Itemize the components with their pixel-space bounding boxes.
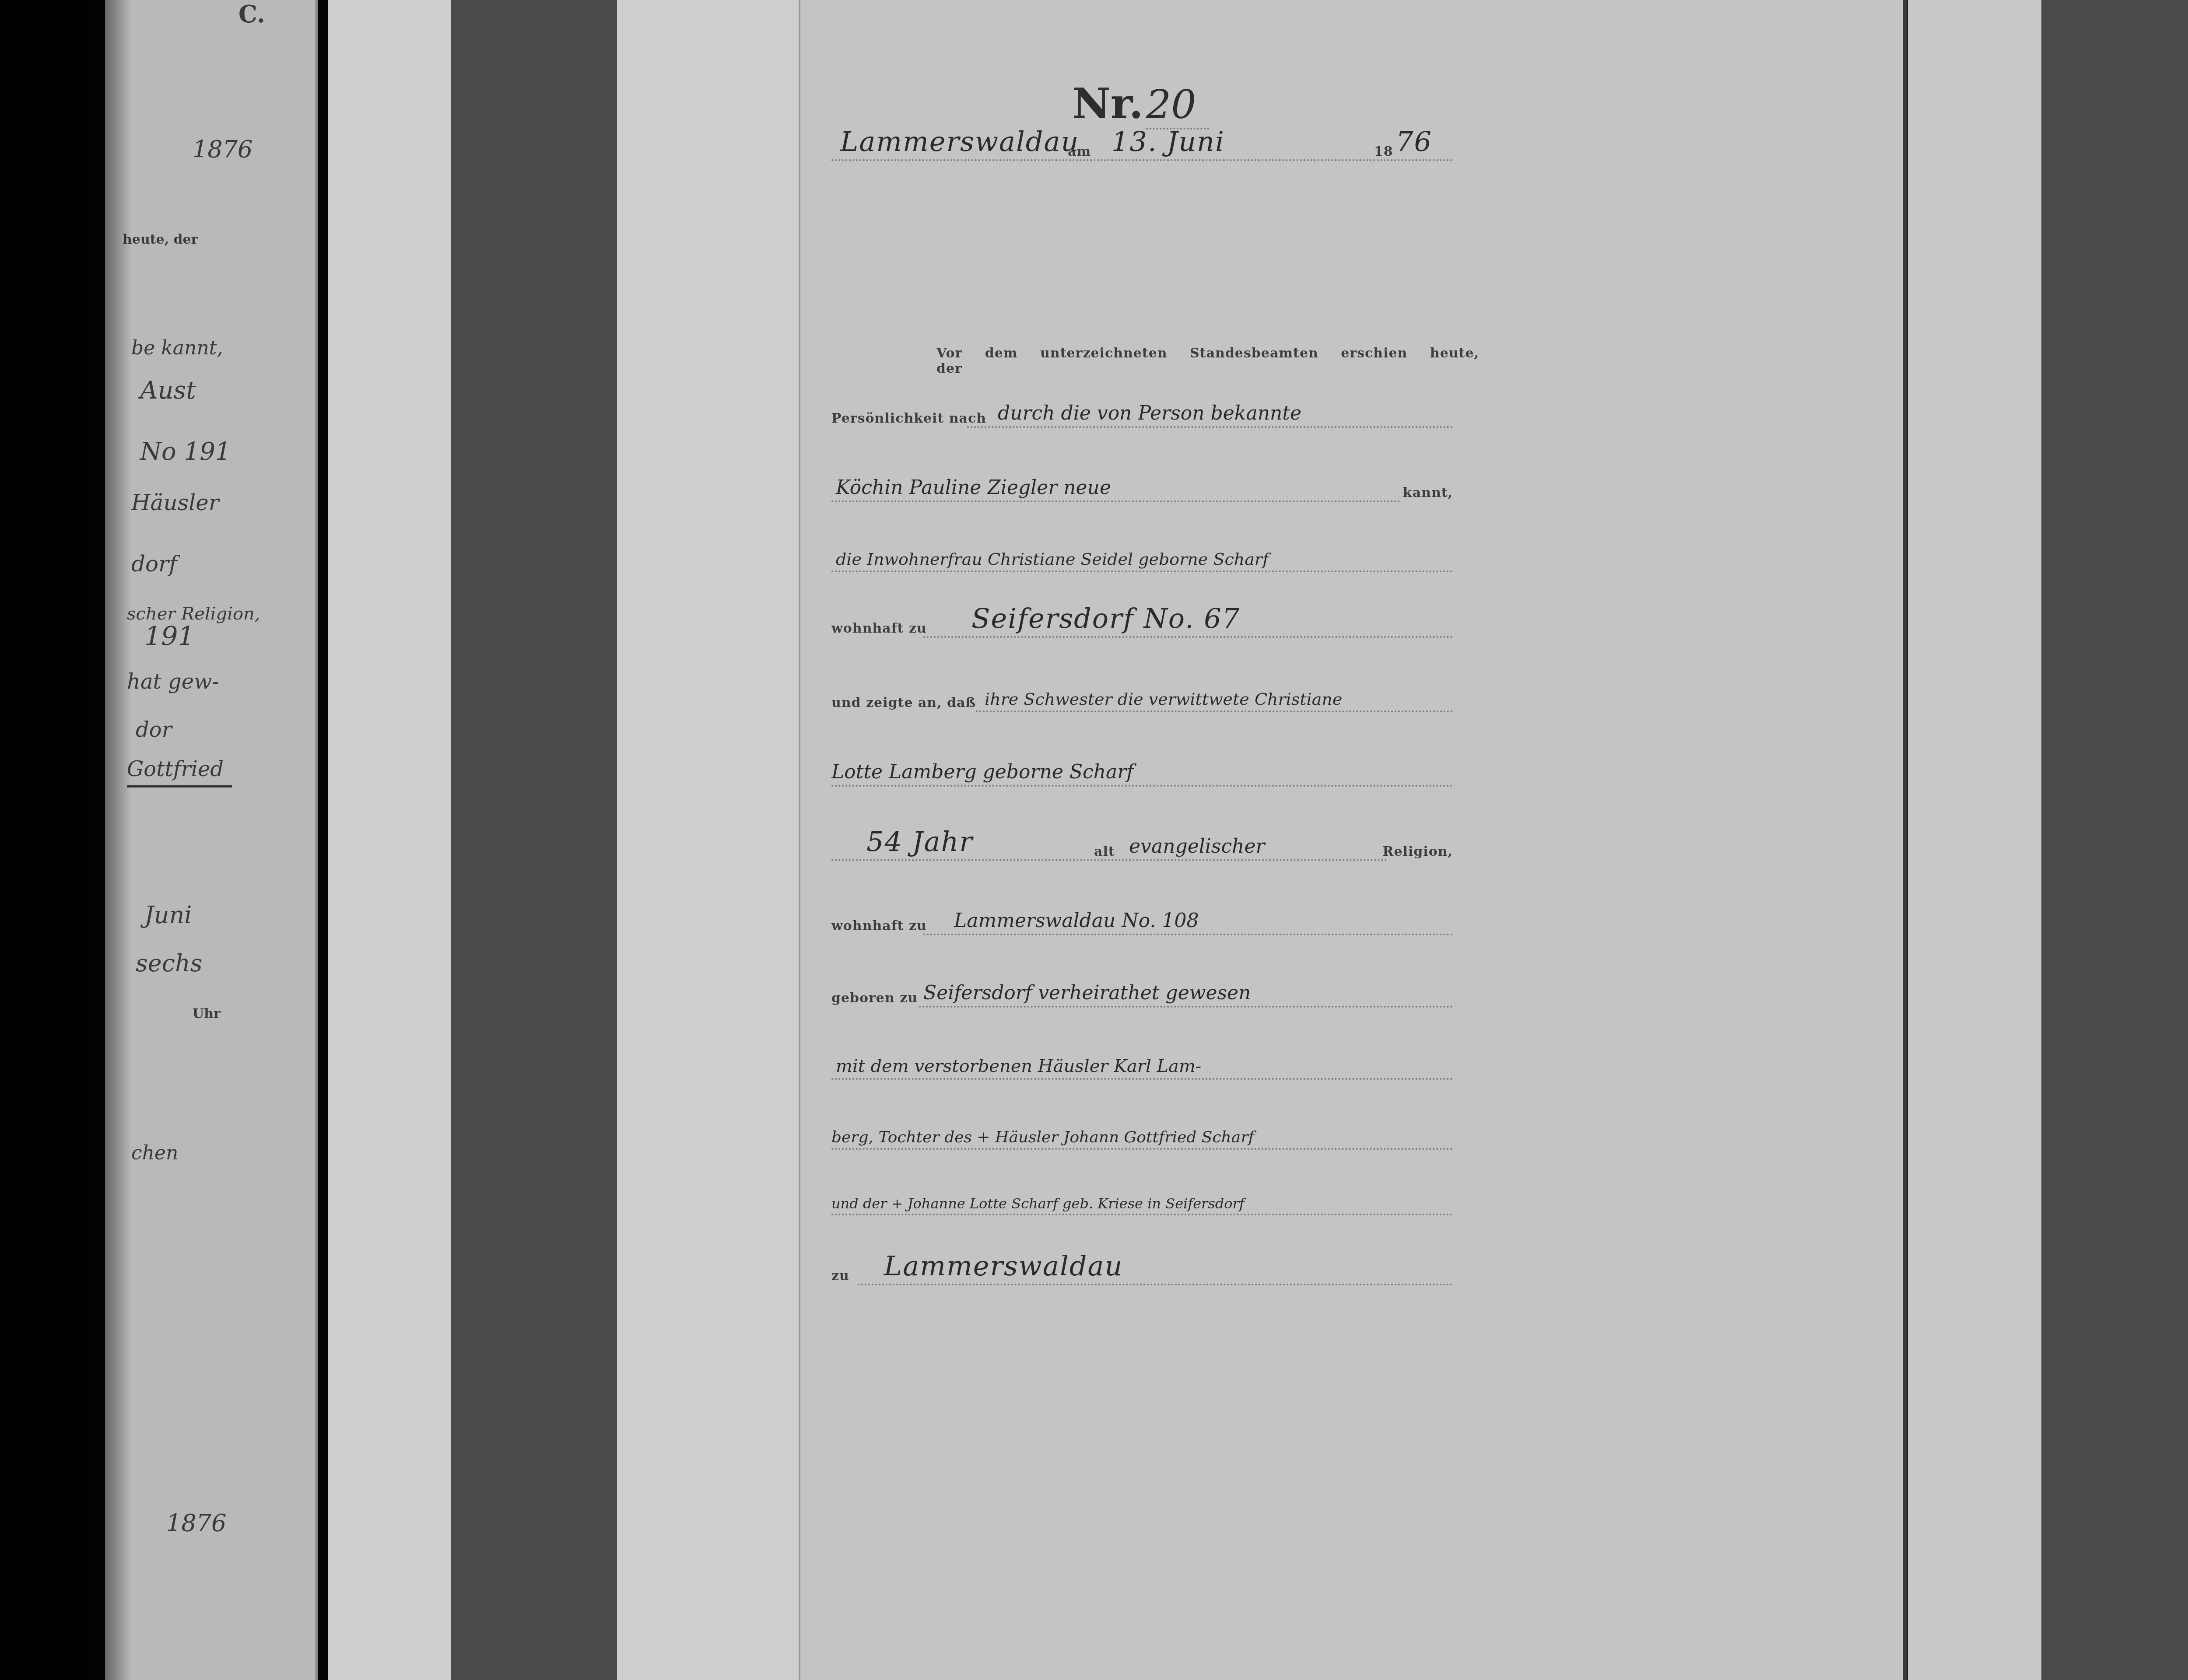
left-page-line: be kannt,: [131, 337, 223, 359]
left-page-printed: heute, der: [123, 232, 198, 247]
form-row: Persönlichkeit nach durch die von Person…: [831, 376, 1453, 437]
intro-text: Vor dem unterzeichneten Standesbeamten e…: [936, 346, 1488, 376]
left-vignette: [0, 0, 131, 1680]
form-row: 54 Jahr alt evangelischer Religion,: [831, 809, 1453, 871]
left-page-line: chen: [131, 1142, 178, 1164]
left-page-line: dorf: [131, 551, 177, 577]
header-place: Lammerswaldau: [840, 126, 1079, 157]
form-row: die Inwohnerfrau Christiane Seidel gebor…: [831, 521, 1453, 582]
form-row: geboren zu Seifersdorf verheirathet gewe…: [831, 956, 1453, 1017]
header-date: 13. Juni: [1112, 126, 1225, 157]
form-row: und zeigte an, daß ihre Schwester die ve…: [831, 661, 1453, 722]
dark-stripe: [451, 0, 617, 1680]
left-page-line: hat gew-: [127, 669, 219, 694]
left-page-line: Aust: [140, 376, 196, 405]
left-page-line: 1876: [166, 1509, 226, 1537]
form-row: wohnhaft zu Lammerswaldau No. 108: [831, 884, 1453, 945]
form-row: berg, Tochter des + Häusler Johann Gottf…: [831, 1098, 1453, 1159]
form-row: mit dem verstorbenen Häusler Karl Lam-: [831, 1028, 1453, 1089]
left-page-divider: [127, 785, 232, 787]
form-row: Lotte Lamberg geborne Scharf: [831, 735, 1453, 796]
light-stripe: [617, 0, 799, 1680]
left-adjacent-page: [105, 0, 318, 1680]
left-page-line: Uhr: [193, 1006, 221, 1022]
left-page-line: Häusler: [131, 490, 219, 515]
left-page-corner-letter: C.: [238, 0, 265, 28]
header-am-label: am: [1068, 144, 1091, 159]
header-date-line: Lammerswaldau am 13. Juni 18 76: [831, 109, 1453, 171]
left-page-line: 191: [144, 621, 195, 652]
left-page-year: 1876: [193, 136, 252, 163]
form-row: Köchin Pauline Ziegler neue kannt,: [831, 451, 1453, 512]
light-stripe: [328, 0, 451, 1680]
left-page-line: sechs: [136, 949, 202, 977]
form-row: zu Lammerswaldau: [831, 1234, 1453, 1295]
left-page-line: dor: [136, 717, 172, 742]
dark-stripe: [2041, 0, 2188, 1680]
form-row: wohnhaft zu Seifersdorf No. 67: [831, 586, 1453, 647]
header-year-prefix: 18: [1374, 144, 1393, 159]
left-page-line: Juni: [144, 901, 192, 929]
form-row: und der + Johanne Lotte Scharf geb. Krie…: [831, 1164, 1453, 1225]
left-page-line: No 191: [140, 437, 231, 466]
left-page-line: Gottfried: [127, 757, 224, 781]
header-year-suffix: 76: [1396, 126, 1432, 157]
